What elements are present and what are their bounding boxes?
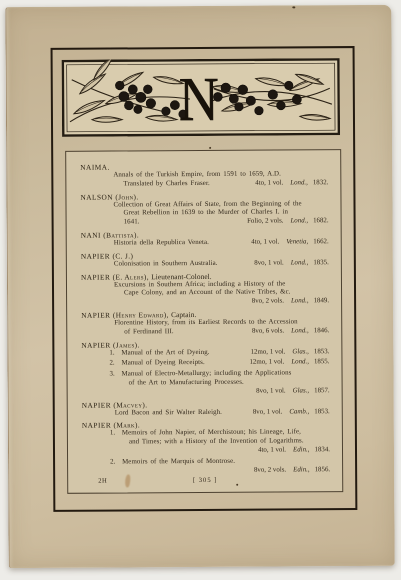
work-text: 1641. — [124, 219, 140, 228]
pub-year: 1856. — [315, 466, 331, 475]
pub-format: 4to, 1 vol. — [251, 238, 279, 247]
publication-info: 4to, 1 vol.Edin.,1834. — [250, 446, 330, 455]
pub-format: 12mo, 1 vol. — [251, 348, 286, 357]
entry: NALSON (John).Collection of Great Affair… — [80, 191, 328, 228]
work-number: 2. — [110, 458, 122, 467]
pub-format: 8vo, 1 vol. — [253, 408, 283, 417]
entry-line: 4to, 1 vol.Edin.,1834. — [82, 446, 330, 456]
work-item: Historia della Republica Veneta.4to, 1 v… — [81, 238, 329, 248]
entry-line: Lord Bacon and Sir Walter Raleigh.8vo, 1… — [82, 408, 330, 418]
pub-place: Lond., — [290, 179, 308, 188]
entries-panel: NAIMA.Annals of the Turkish Empire, from… — [65, 149, 343, 494]
work-text: Historia della Republica Veneta. — [114, 239, 209, 248]
entries-list: NAIMA.Annals of the Turkish Empire, from… — [80, 161, 330, 476]
entry-line: Historia della Republica Veneta.4to, 1 v… — [81, 238, 329, 248]
entry: NAPIER (C. J.)Colonisation in Southern A… — [81, 250, 329, 269]
work-text: Manual of Dyeing Receipts. — [121, 359, 204, 368]
entry: NAIMA.Annals of the Turkish Empire, from… — [80, 161, 328, 189]
work-text: Colonisation in Southern Australia. — [114, 260, 218, 269]
entry-surname: NAIMA. — [80, 163, 110, 172]
work-item: Lord Bacon and Sir Walter Raleigh.8vo, 1… — [82, 408, 330, 418]
publication-info: 8vo, 6 vols.Lond.,1846. — [244, 327, 329, 336]
work-text: Manual of the Art of Dyeing. — [121, 349, 209, 358]
pub-place: Lond., — [291, 327, 309, 336]
work-text: Translated by Charles Fraser. — [123, 180, 209, 189]
work-item: Colonisation in Southern Australia.8vo, … — [81, 259, 329, 269]
ornament-header: N — [62, 58, 340, 137]
entry: NAPIER (Henry Edward), Captain.Florentin… — [81, 309, 329, 337]
pub-year: 1853. — [314, 348, 330, 357]
entry-given-name: (C. J.) — [112, 251, 133, 260]
pub-place: Edin., — [293, 466, 310, 475]
publication-info: 8vo, 2 vols.Lond.,1849. — [244, 297, 329, 306]
entry-line: 2.Manual of Dyeing Receipts.12mo, 1 vol.… — [81, 359, 329, 369]
entry-line: Translated by Charles Fraser.4to, 1 vol.… — [80, 179, 328, 189]
entry: NAPIER (James).1.Manual of the Art of Dy… — [81, 339, 329, 397]
work-item: Collection of Great Affairs of State, fr… — [80, 200, 328, 228]
work-text: of the Art to Manufacturing Processes. — [129, 379, 244, 389]
pub-format: 12mo, 1 vol. — [249, 359, 284, 368]
publication-info: 4to, 1 vol.Lond.,1832. — [247, 179, 328, 188]
printer-signature: 2H — [98, 477, 107, 487]
pub-format: 4to, 1 vol. — [258, 446, 286, 455]
pub-format: 8vo, 2 vols. — [254, 466, 286, 475]
work-number: 3. — [110, 371, 122, 380]
pub-place: Edin., — [293, 446, 310, 455]
pub-format: 8vo, 2 vols. — [252, 298, 284, 307]
pub-year: 1849. — [314, 297, 330, 306]
scan-background: { "colors":{"paper":"#cbbb9e","ink":"#33… — [0, 0, 401, 580]
pub-year: 1832. — [313, 179, 329, 188]
printed-frame-border: N NAIMA.Annals of the Turkish Empire, fr… — [51, 46, 358, 512]
work-item: 1.Manual of the Art of Dyeing.12mo, 1 vo… — [81, 348, 329, 358]
paper-speck — [292, 6, 295, 8]
entry-given-name: (Mark). — [114, 421, 141, 430]
publication-info: 4to, 1 vol.Venetia,1662. — [243, 238, 329, 247]
entry-surname: NAPIER — [81, 340, 110, 349]
paper-speck — [209, 147, 211, 149]
pub-place: Lond., — [290, 218, 308, 227]
pub-year: 1846. — [314, 327, 330, 336]
work-number: 1. — [110, 430, 122, 439]
work-text: Lord Bacon and Sir Walter Raleigh. — [115, 408, 222, 417]
publication-info: 12mo, 1 vol.Lond.,1855. — [241, 359, 329, 368]
pub-place: Lond., — [291, 298, 309, 307]
entry-surname: NAPIER — [81, 311, 110, 320]
entry-line: 1.Manual of the Art of Dyeing.12mo, 1 vo… — [81, 348, 329, 358]
entry-surname: NANI — [81, 231, 101, 240]
work-text: of Ferdinand III. — [124, 328, 173, 337]
entry-rank-title: Captain. — [171, 310, 196, 319]
work-item: 2.Memoirs of the Marquis of Montrose.8vo… — [82, 457, 330, 476]
pub-year: 1857. — [314, 387, 330, 396]
pub-format: 8vo, 6 vols. — [252, 327, 284, 336]
pub-year: 1835. — [313, 259, 329, 268]
entry-given-name: (Battista). — [103, 230, 139, 239]
entry-given-name: (Macvey). — [113, 400, 147, 409]
entry-given-name: (E. Alers), — [113, 272, 149, 281]
pub-format: Folio, 2 vols. — [247, 218, 283, 227]
pub-place: Venetia, — [286, 238, 308, 247]
work-number: 2. — [109, 360, 121, 369]
entry-line: of Ferdinand III.8vo, 6 vols.Lond.,1846. — [81, 327, 329, 337]
pub-year: 1834. — [314, 446, 330, 455]
page-footer: 2H [ 305 ] — [68, 475, 342, 487]
publication-info: 8vo, 1 vol.Camb.,1853. — [245, 408, 330, 417]
entry-line: 1641.Folio, 2 vols.Lond.,1682. — [81, 217, 329, 227]
entry-rank-title: Lieutenant-Colonel. — [151, 272, 212, 281]
entry-surname: NAPIER — [82, 421, 111, 430]
publication-info: 8vo, 1 vol.Lond.,1835. — [246, 259, 329, 268]
pub-place: Camb., — [289, 408, 309, 417]
publication-info: 8vo, 2 vols.Edin.,1856. — [246, 466, 330, 475]
pub-format: 8vo, 1 vol. — [256, 387, 286, 396]
work-item: 2.Manual of Dyeing Receipts.12mo, 1 vol.… — [81, 359, 329, 369]
work-item: Excursions in Southern Africa; including… — [81, 280, 329, 308]
entry-surname: NAPIER — [81, 272, 110, 281]
pub-place: Glas., — [293, 387, 310, 396]
entry-given-name: (John). — [115, 192, 138, 201]
entry-line: 8vo, 1 vol.Glas.,1857. — [82, 387, 330, 397]
publication-info: 12mo, 1 vol.Glas.,1853. — [243, 348, 330, 357]
paper-speck — [236, 484, 238, 486]
pub-format: 4to, 1 vol. — [255, 179, 283, 188]
publication-info: Folio, 2 vols.Lond.,1682. — [239, 217, 329, 226]
entry: NAPIER (Mark).1.Memoirs of John Napier, … — [82, 420, 330, 476]
pub-place: Glas., — [292, 348, 309, 357]
page-number: [ 305 ] — [68, 475, 342, 487]
pub-format: 8vo, 1 vol. — [254, 259, 284, 268]
work-item: Florentine History, from its Earliest Re… — [81, 318, 329, 337]
pub-year: 1682. — [313, 217, 329, 226]
pub-year: 1662. — [313, 238, 329, 247]
entry-given-name: (James). — [113, 340, 140, 349]
entry: NAPIER (E. Alers), Lieutenant-Colonel.Ex… — [81, 271, 329, 308]
pub-year: 1855. — [314, 359, 330, 368]
pub-place: Lond., — [291, 259, 309, 268]
publication-info: 8vo, 1 vol.Glas.,1857. — [248, 387, 330, 396]
entry-surname: NAPIER — [82, 400, 111, 409]
pub-place: Lond., — [291, 359, 309, 368]
entry-line: Colonisation in Southern Australia.8vo, … — [81, 259, 329, 269]
initial-letter-N: N — [179, 65, 219, 134]
entry: NAPIER (Macvey).Lord Bacon and Sir Walte… — [82, 399, 330, 418]
work-item: 1.Memoirs of John Napier, of Merchistoun… — [82, 429, 330, 457]
entry-given-name: (Henry Edward), — [113, 310, 169, 319]
pub-year: 1853. — [314, 408, 330, 417]
book-page: N NAIMA.Annals of the Turkish Empire, fr… — [5, 5, 394, 568]
entry-surname: NAPIER — [81, 251, 110, 260]
work-number: 1. — [109, 349, 121, 358]
work-item: 3.Manual of Electro-Metallurgy; includin… — [82, 369, 330, 397]
entry-surname: NALSON — [80, 192, 113, 201]
entry-line: 8vo, 2 vols.Lond.,1849. — [81, 297, 329, 307]
work-item: Annals of the Turkish Empire, from 1591 … — [80, 170, 328, 189]
entry: NANI (Battista).Historia della Republica… — [81, 229, 329, 248]
work-text: Memoirs of the Marquis of Montrose. — [122, 458, 235, 467]
